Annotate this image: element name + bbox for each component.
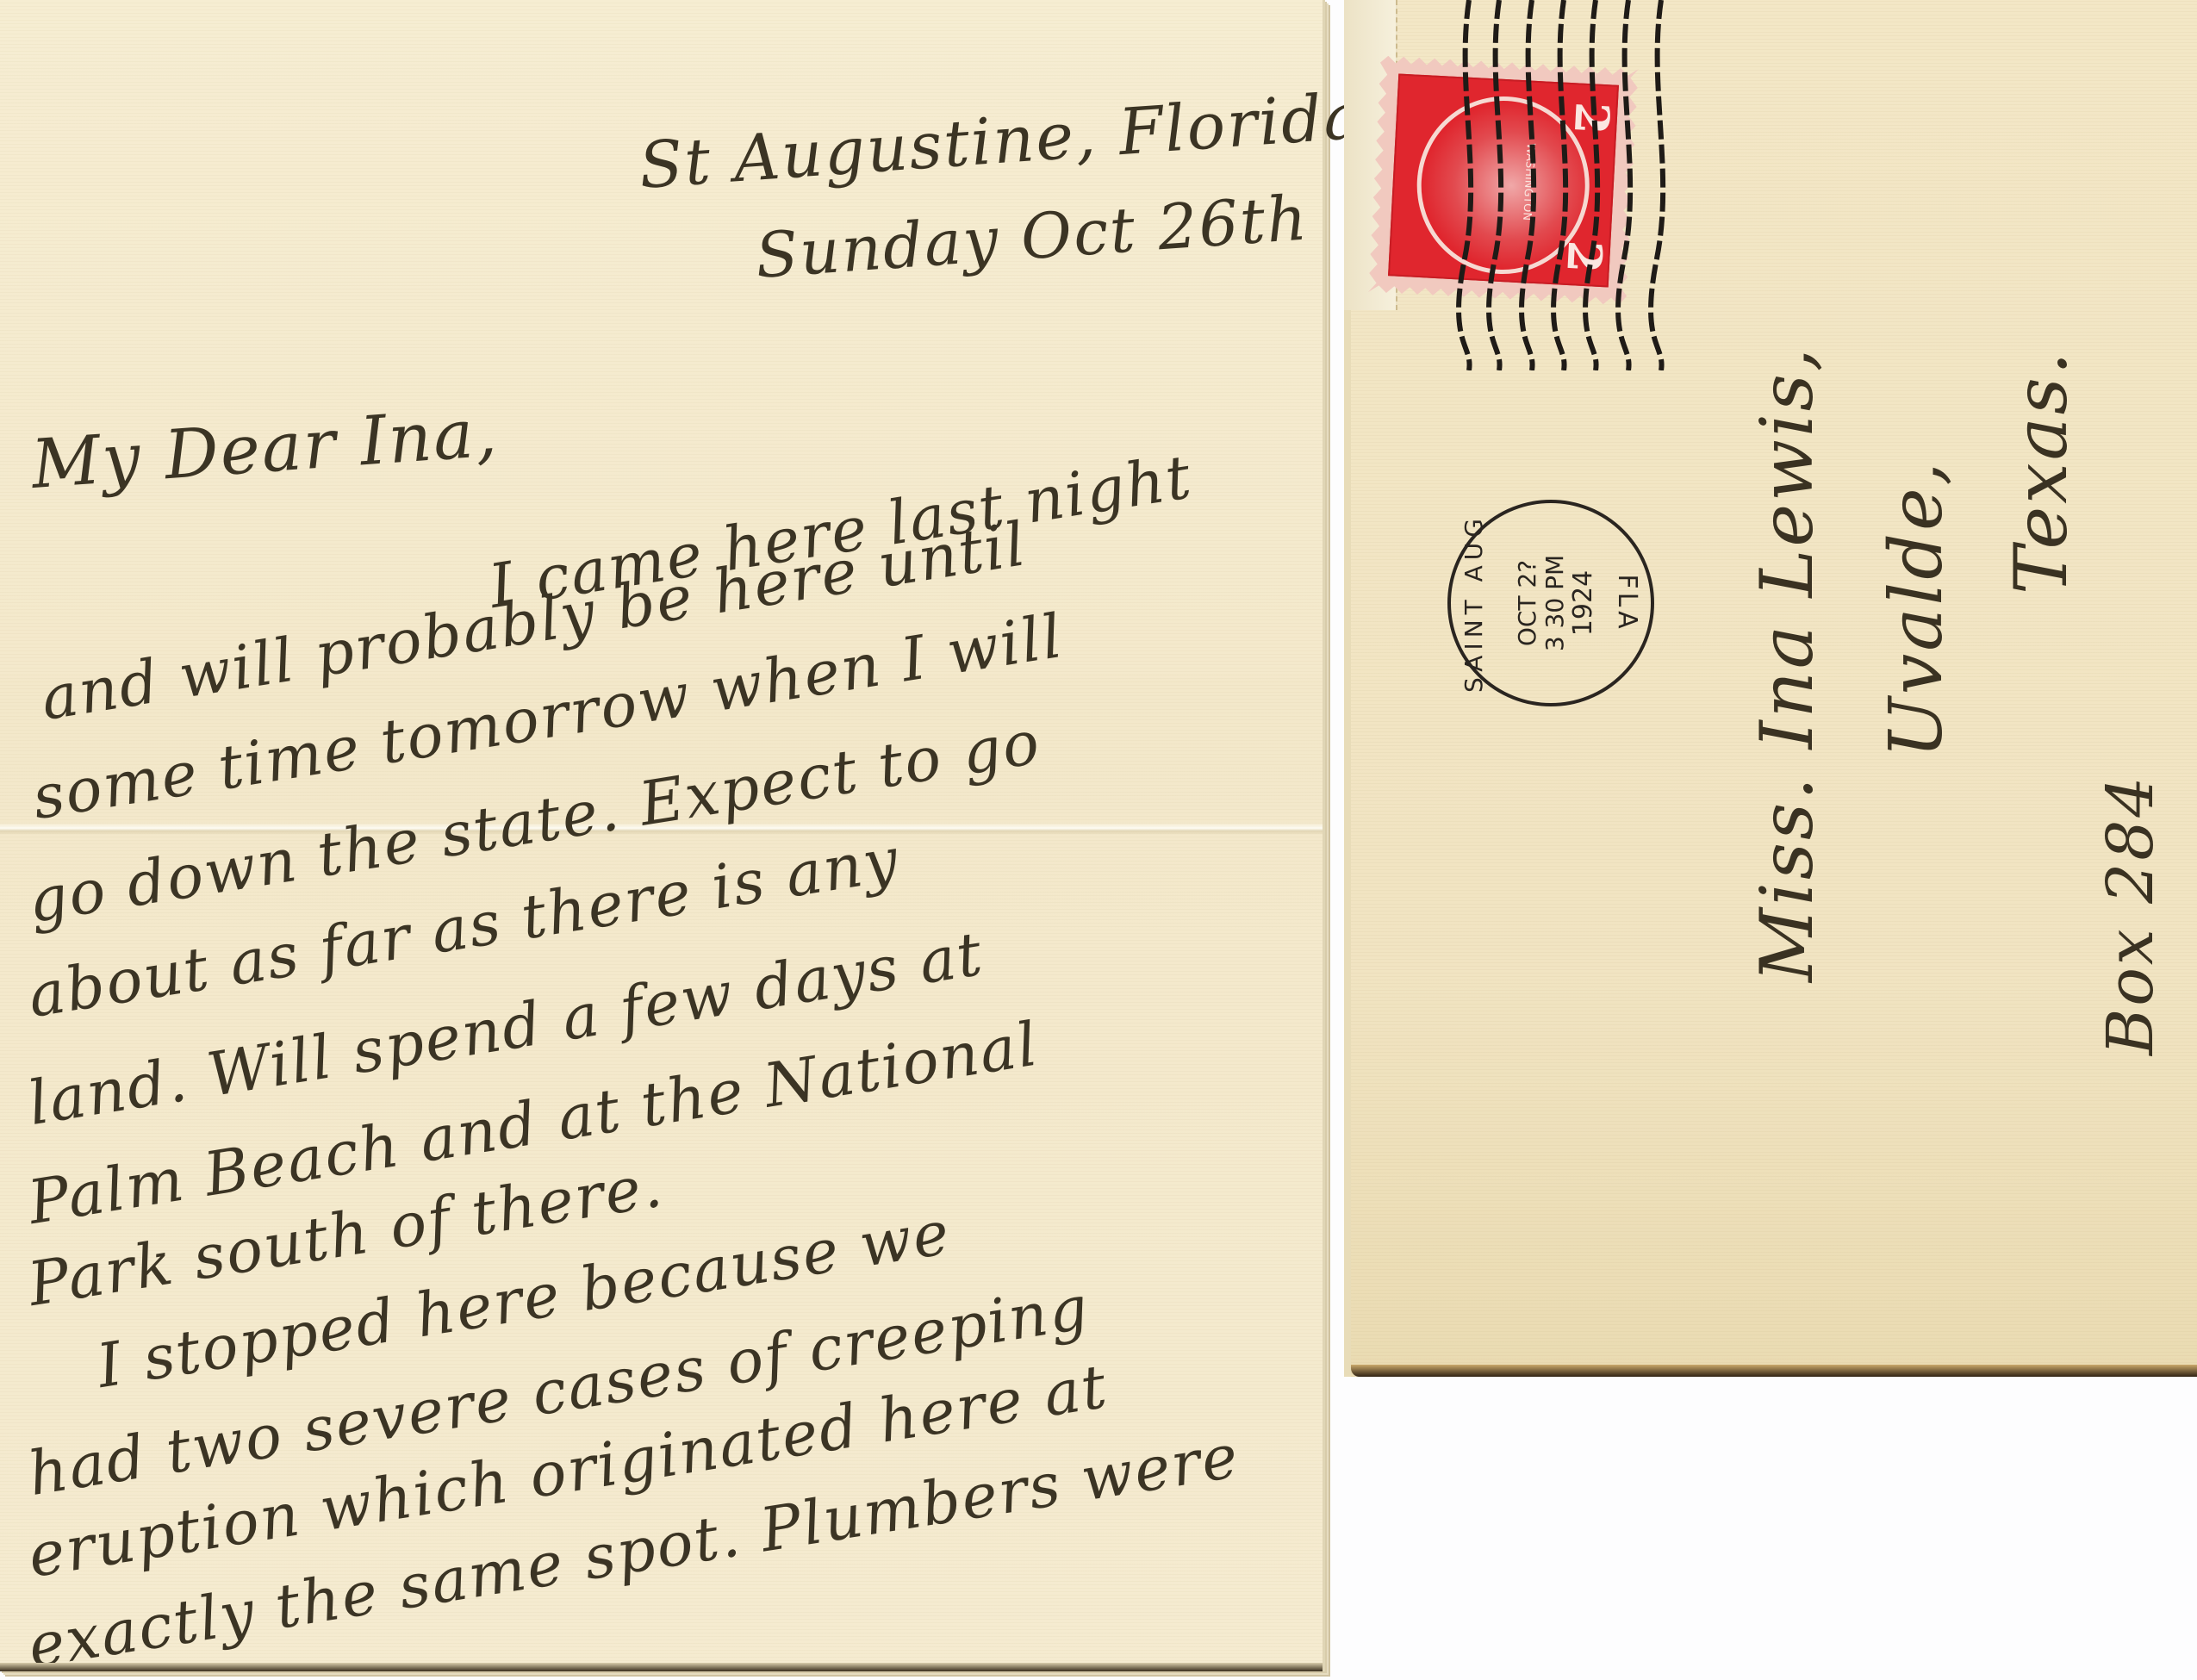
postmark-date: OCT 2? [1513,503,1541,703]
recipient-state: Texas. [1999,350,2083,594]
letter-bottom-edge [0,1663,1323,1671]
scanned-document: St Augustine, Florida Sunday Oct 26th My… [0,0,2197,1680]
letter-date: Sunday Oct 26th [753,181,1310,292]
postmark-state: FLA [1612,503,1642,703]
stamp-denomination: 2 [1557,240,1614,275]
letter-sheet: St Augustine, Florida Sunday Oct 26th My… [0,0,1325,1671]
stamp-frame: 2 2 WASHINGTON [1388,73,1619,287]
recipient-box: Box 284 [2094,775,2168,1055]
postmark-time: 3 30 PM [1540,503,1569,703]
recipient-city: Uvalde, [1874,460,1958,758]
postmark-year: 1924 [1568,503,1598,703]
postmark-city: SAINT AUG [1459,503,1488,703]
postmark: SAINT AUG OCT 2? 3 30 PM 1924 FLA [1447,500,1654,706]
recipient-name: Miss. Ina Lewis, [1745,345,1829,982]
stamp-denomination: 2 [1564,101,1621,136]
envelope-bottom-edge [1351,1365,2197,1377]
postage-stamp: 2 2 WASHINGTON [1368,55,1639,305]
letter-salutation: My Dear Ina, [29,394,501,504]
